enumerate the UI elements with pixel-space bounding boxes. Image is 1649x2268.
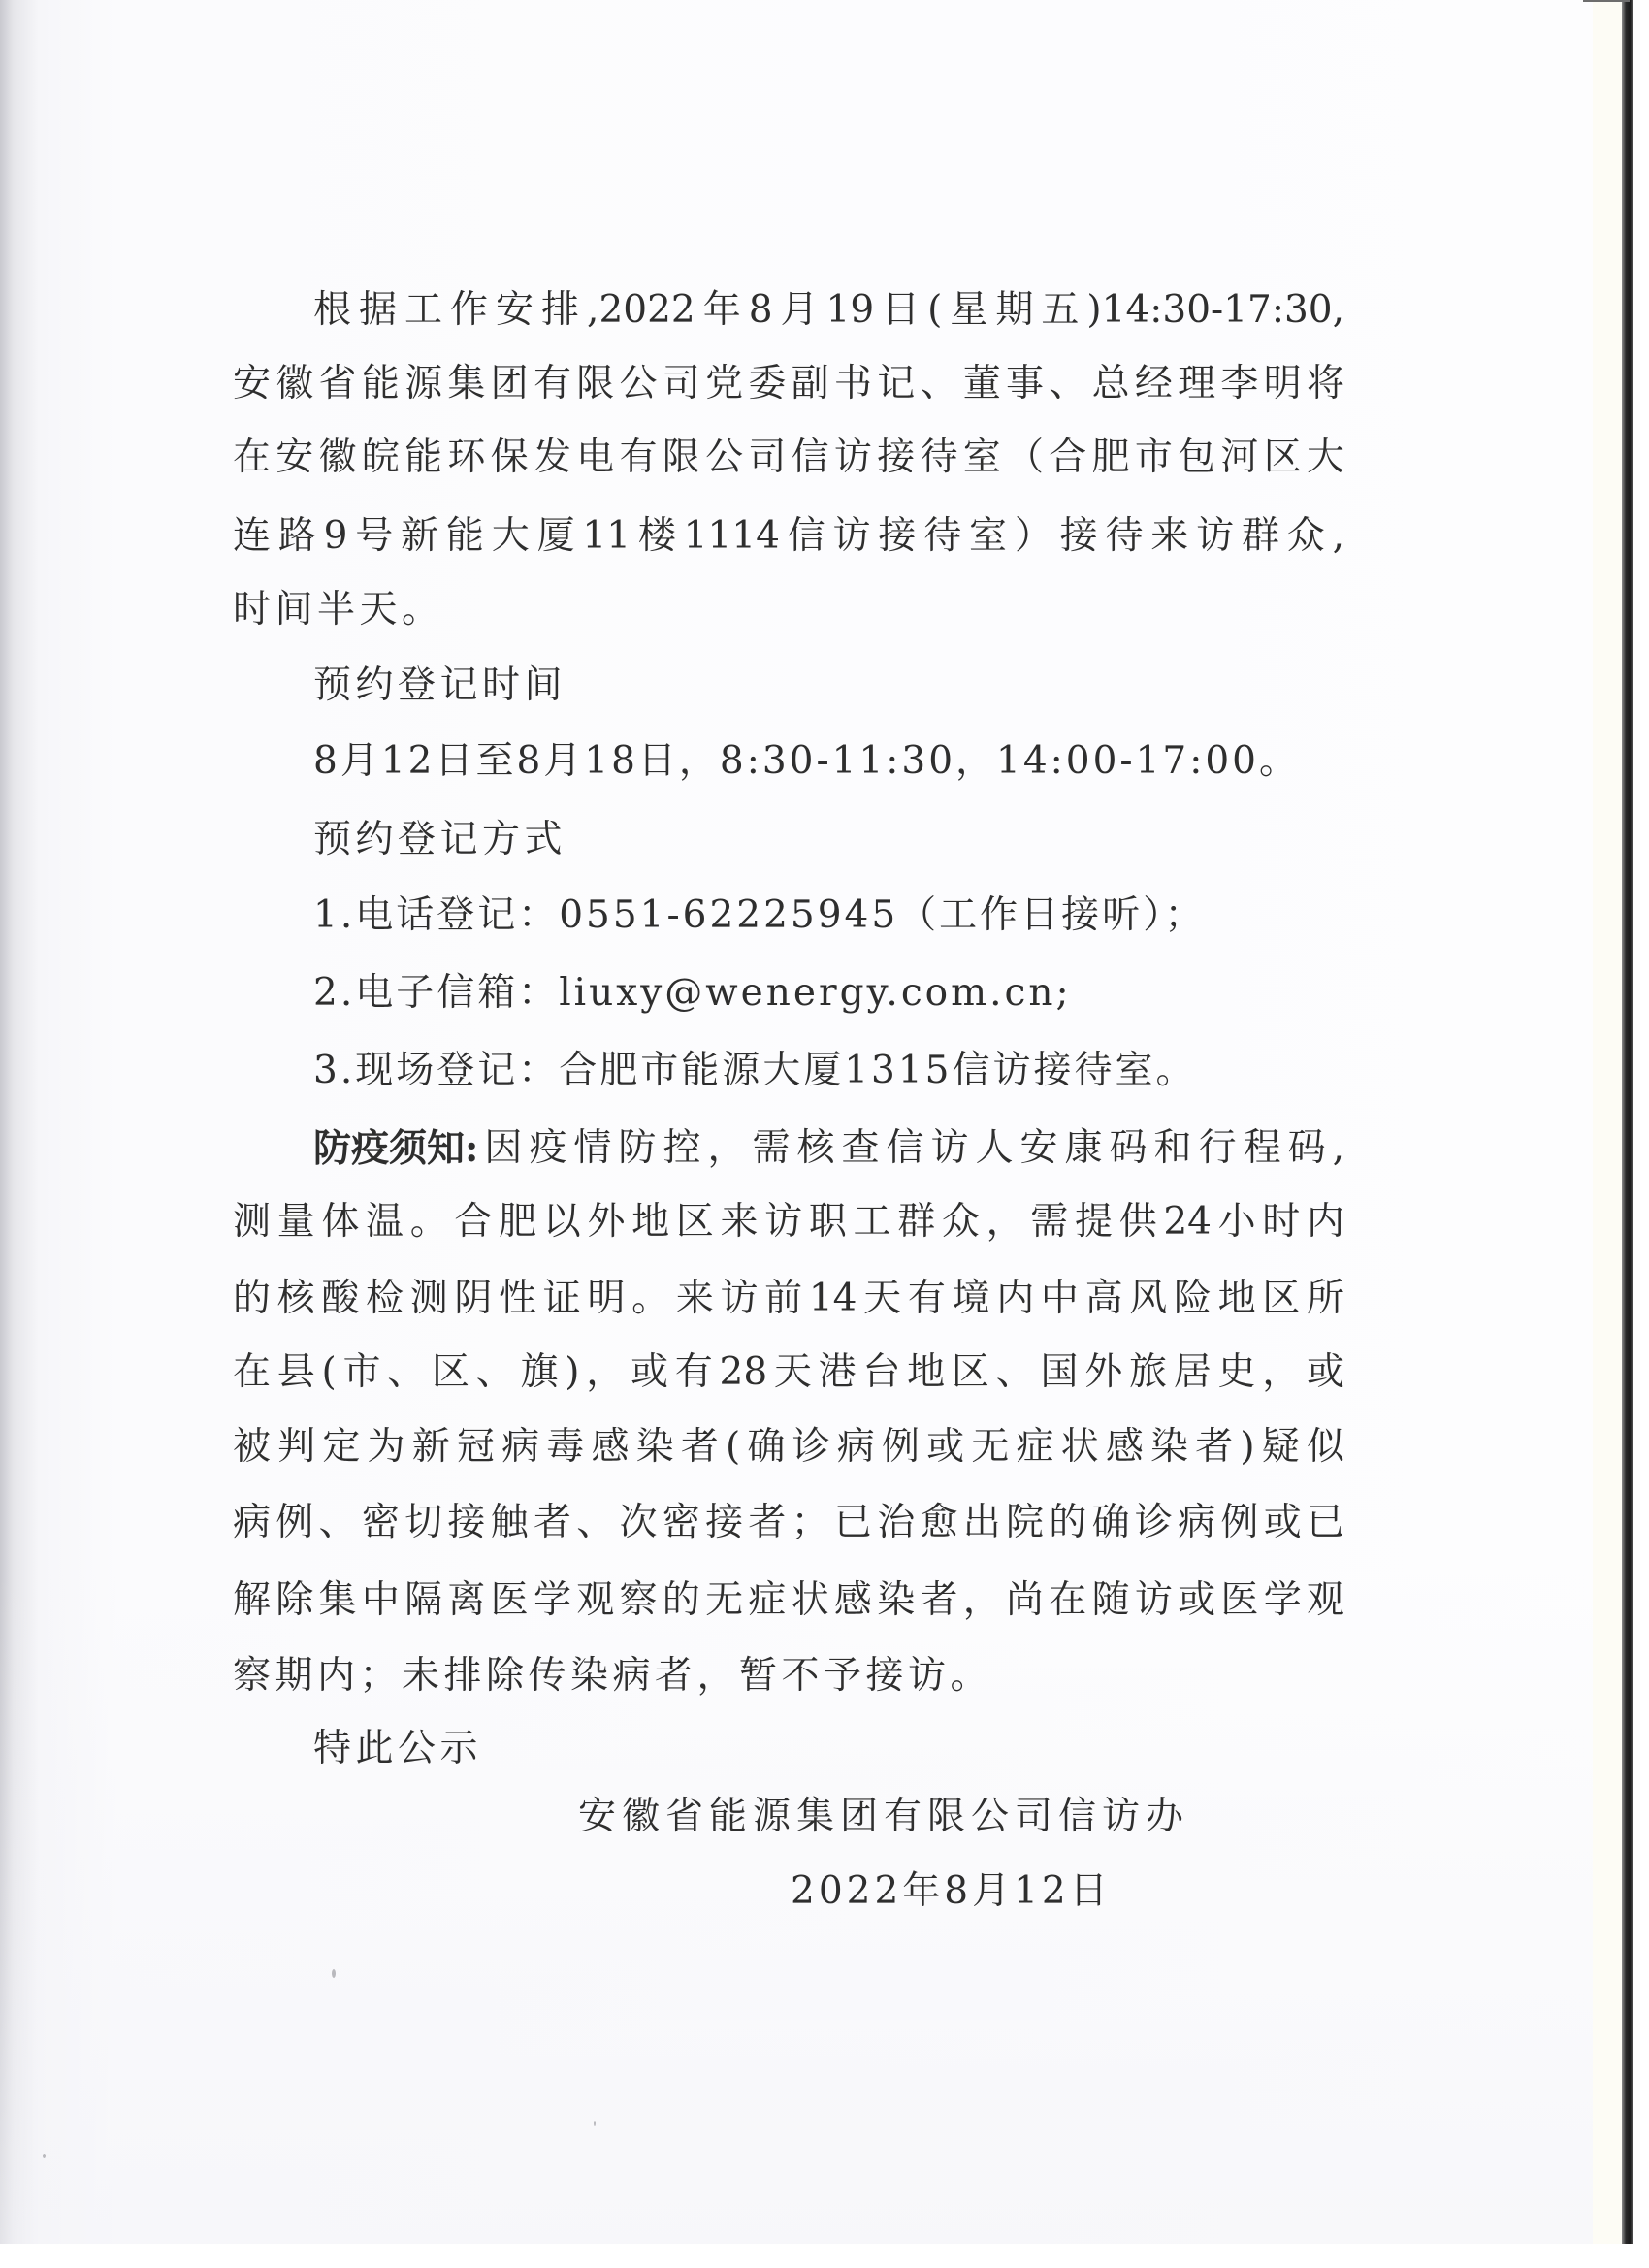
- intro-line-1: 根据工作安排,2022年8月19日(星期五)14:30-17:30,: [313, 287, 1344, 334]
- closing-statement: 特此公示: [313, 1726, 482, 1772]
- epidemic-notice-line-7: 解除集中隔离医学观察的无症状感染者，尚在随访或医学观: [233, 1577, 1344, 1624]
- registration-time-content: 8月12日至8月18日，8:30-11:30，14:00-17:00。: [313, 738, 1300, 785]
- epidemic-notice-line-1: 防疫须知: 因疫情防控，需核查信访人安康码和行程码,: [313, 1125, 1344, 1172]
- registration-method-email: 2.电子信箱：liuxy@wenergy.com.cn;: [313, 970, 1072, 1017]
- scan-speck: [332, 1969, 336, 1978]
- intro-line-4: 连路9号新能大厦11楼1114信访接待室）接待来访群众,: [233, 513, 1344, 560]
- epidemic-notice-line-6: 病例、密切接触者、次密接者；已治愈出院的确诊病例或已: [233, 1500, 1344, 1546]
- intro-line-3: 在安徽皖能环保发电有限公司信访接待室（合肥市包河区大: [233, 435, 1344, 481]
- page-top-edge: [1583, 0, 1630, 2]
- epidemic-notice-line-8: 察期内；未排除传染病者，暂不予接访。: [233, 1653, 992, 1700]
- epidemic-notice-line-5: 被判定为新冠病毒感染者(确诊病例或无症状感染者)疑似: [233, 1424, 1344, 1471]
- epidemic-notice-line-3: 的核酸检测阴性证明。来访前14天有境内中高风险地区所: [233, 1276, 1344, 1322]
- intro-line-5: 时间半天。: [233, 587, 444, 633]
- epidemic-notice-line-2: 测量体温。合肥以外地区来访职工群众，需提供24小时内: [233, 1199, 1344, 1246]
- epidemic-notice-line-4: 在县(市、区、旗)，或有28天港台地区、国外旅居史，或: [233, 1349, 1344, 1396]
- signature-organization: 安徽省能源集团有限公司信访办: [578, 1794, 1189, 1840]
- registration-method-phone: 1.电话登记：0551-62225945（工作日接听）；: [313, 892, 1206, 939]
- registration-method-onsite: 3.现场登记：合肥市能源大厦1315信访接待室。: [313, 1048, 1196, 1094]
- scan-speck: [594, 2121, 596, 2126]
- intro-line-2: 安徽省能源集团有限公司党委副书记、董事、总经理李明将: [233, 361, 1344, 407]
- registration-method-heading: 预约登记方式: [313, 817, 566, 863]
- scan-speck: [43, 2154, 46, 2158]
- epidemic-notice-label: 防疫须知:: [313, 1125, 478, 1172]
- page-edge-strip: [1593, 0, 1622, 2244]
- epidemic-notice-first-line-text: 因疫情防控，需核查信访人安康码和行程码,: [478, 1125, 1344, 1172]
- signature-date: 2022年8月12日: [791, 1868, 1112, 1915]
- registration-time-heading: 预约登记时间: [313, 663, 566, 709]
- scanner-edge-shadow: [1622, 0, 1633, 2244]
